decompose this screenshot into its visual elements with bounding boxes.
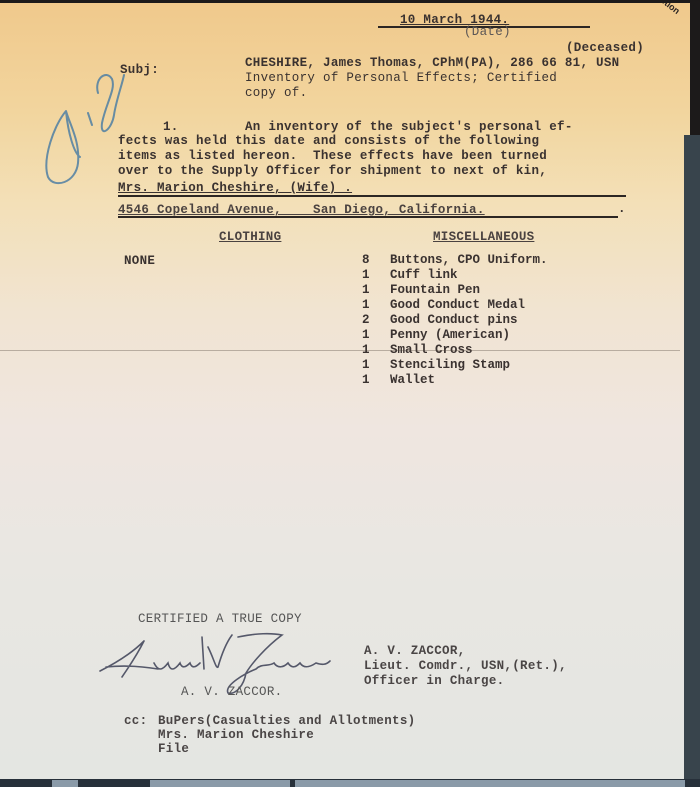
paragraph-line-1: An inventory of the subject's personal e…: [245, 120, 573, 135]
paragraph-line-2: fects was held this date and consists of…: [118, 134, 539, 149]
officer-rank: Lieut. Comdr., USN,(Ret.),: [364, 659, 567, 674]
list-item: 1Stenciling Stamp: [362, 358, 548, 373]
handwritten-note-icon: [36, 63, 136, 193]
subject-line-1: CHESHIRE, James Thomas, CPhM(PA), 286 66…: [245, 56, 619, 71]
paper-fold-line: [0, 350, 680, 351]
next-of-kin-rule: [118, 195, 626, 197]
date-label: (Date): [464, 25, 511, 40]
next-of-kin-name: Mrs. Marion Cheshire, (Wife) .: [118, 181, 352, 196]
miscellaneous-header: MISCELLANEOUS: [433, 230, 534, 245]
list-item: 1Fountain Pen: [362, 283, 548, 298]
stamp-fragment: ection: [655, 3, 682, 16]
taskbar: [0, 779, 700, 787]
miscellaneous-list: 8Buttons, CPO Uniform. 1Cuff link 1Fount…: [362, 253, 548, 388]
monitor-bezel: [684, 135, 700, 787]
cc-item: Mrs. Marion Cheshire: [158, 728, 314, 743]
list-item: 1Cuff link: [362, 268, 548, 283]
list-item: 1Wallet: [362, 373, 548, 388]
officer-name: A. V. ZACCOR,: [364, 644, 465, 659]
list-item: 2Good Conduct pins: [362, 313, 548, 328]
paragraph-line-4: over to the Supply Officer for shipment …: [118, 164, 547, 179]
certification-signer: A. V. ZACCOR.: [181, 685, 282, 700]
paragraph-line-3: items as listed hereon. These effects ha…: [118, 149, 547, 164]
document-page: ection 10 March 1944. (Date) (Deceased) …: [0, 3, 690, 779]
list-item: 1Good Conduct Medal: [362, 298, 548, 313]
address-terminator: .: [618, 202, 626, 217]
clothing-header: CLOTHING: [219, 230, 281, 245]
cc-item: BuPers(Casualties and Allotments): [158, 714, 415, 729]
taskbar-button[interactable]: [150, 780, 290, 787]
taskbar-button[interactable]: [295, 780, 685, 787]
list-item: 8Buttons, CPO Uniform.: [362, 253, 548, 268]
cc-label: cc:: [124, 714, 147, 729]
officer-title: Officer in Charge.: [364, 674, 504, 689]
deceased-label: (Deceased): [566, 41, 644, 56]
paragraph-number: 1.: [163, 120, 179, 135]
list-item: 1Penny (American): [362, 328, 548, 343]
subject-line-3: copy of.: [245, 86, 307, 101]
clothing-value: NONE: [124, 254, 155, 269]
cc-item: File: [158, 742, 189, 757]
taskbar-button[interactable]: [52, 780, 78, 787]
address-rule: [118, 216, 618, 218]
subject-line-2: Inventory of Personal Effects; Certified: [245, 71, 557, 86]
